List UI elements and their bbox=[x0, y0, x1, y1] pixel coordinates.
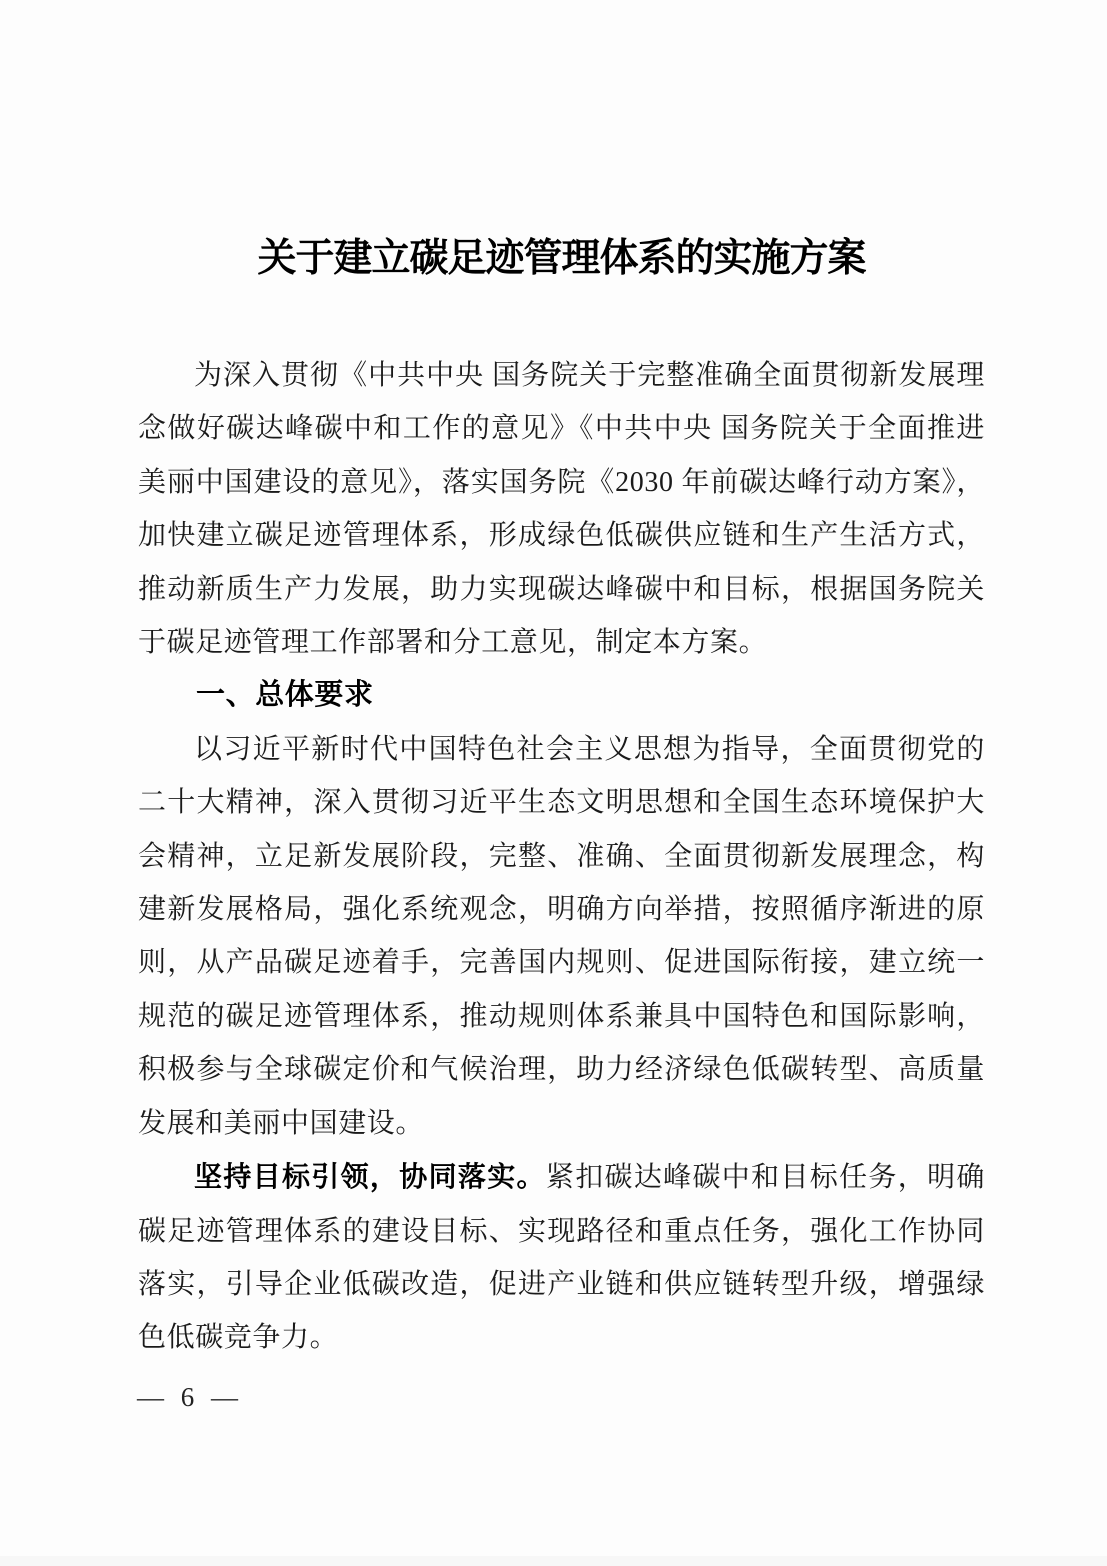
section-heading-overall-requirements: 一、总体要求 bbox=[138, 669, 985, 722]
principle-paragraph-lead: 坚持目标引领，协同落实。 bbox=[194, 1161, 546, 1192]
guiding-ideology-paragraph: 以习近平新时代中国特色社会主义思想为指导，全面贯彻党的二十大精神，深入贯彻习近平… bbox=[138, 723, 985, 1150]
intro-paragraph: 为深入贯彻《中共中央 国务院关于完整准确全面贯彻新发展理念做好碳达峰碳中和工作的… bbox=[138, 349, 985, 669]
document-title: 关于建立碳足迹管理体系的实施方案 bbox=[138, 232, 985, 285]
document-body: 为深入贯彻《中共中央 国务院关于完整准确全面贯彻新发展理念做好碳达峰碳中和工作的… bbox=[138, 349, 985, 1365]
document-page: 关于建立碳足迹管理体系的实施方案 为深入贯彻《中共中央 国务院关于完整准确全面贯… bbox=[0, 0, 1107, 1566]
page-number: — 6 — bbox=[137, 1382, 243, 1413]
principle-paragraph: 坚持目标引领，协同落实。紧扣碳达峰碳中和目标任务，明确碳足迹管理体系的建设目标、… bbox=[138, 1150, 985, 1365]
page-bottom-edge bbox=[0, 1556, 1107, 1566]
